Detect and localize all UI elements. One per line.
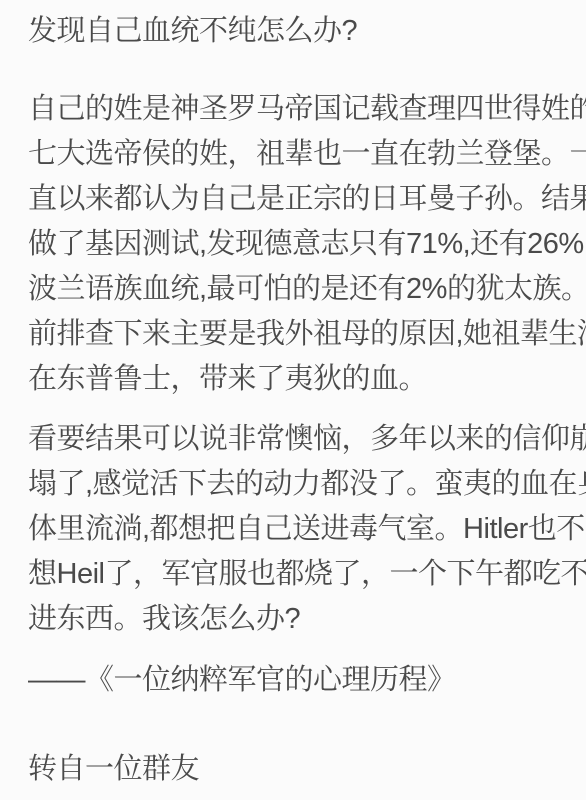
- paragraph-line: 进东西。我该怎么办?: [28, 597, 572, 642]
- paragraph-line: 想Heil了，军官服也都烧了，一个下午都吃不: [28, 552, 572, 597]
- paragraph-line: 前排查下来主要是我外祖母的原因,她祖辈生活: [28, 312, 572, 357]
- post-body: 发现自己血统不纯怎么办? 自己的姓是神圣罗马帝国记载查理四世得姓的 七大选帝侯的…: [0, 0, 586, 792]
- paragraph-line: 在东普鲁士，带来了夷狄的血。: [28, 357, 572, 402]
- paragraph-line: 塌了,感觉活下去的动力都没了。蛮夷的血在身: [28, 462, 572, 507]
- citation-source: ——《一位纳粹军官的心理历程》: [28, 658, 572, 703]
- footer-note: 转自一位群友: [28, 747, 572, 792]
- paragraph-line: 波兰语族血统,最可怕的是还有2%的犹太族。目: [28, 267, 572, 312]
- paragraph-line: 直以来都认为自己是正宗的日耳曼子孙。结果: [28, 177, 572, 222]
- paragraph-line: 看要结果可以说非常懊恼，多年以来的信仰崩: [28, 417, 572, 462]
- paragraph: 看要结果可以说非常懊恼，多年以来的信仰崩 塌了,感觉活下去的动力都没了。蛮夷的血…: [28, 417, 572, 642]
- paragraph-line: 做了基因测试,发现德意志只有71%,还有26%的: [28, 222, 572, 267]
- paragraph: 自己的姓是神圣罗马帝国记载查理四世得姓的 七大选帝侯的姓，祖辈也一直在勃兰登堡。…: [28, 87, 572, 402]
- paragraph-line: 自己的姓是神圣罗马帝国记载查理四世得姓的: [28, 87, 572, 132]
- paragraph-line: 七大选帝侯的姓，祖辈也一直在勃兰登堡。一: [28, 132, 572, 177]
- paragraph-line: 体里流淌,都想把自己送进毒气室。Hitler也不: [28, 507, 572, 552]
- post-title: 发现自己血统不纯怎么办?: [28, 9, 572, 54]
